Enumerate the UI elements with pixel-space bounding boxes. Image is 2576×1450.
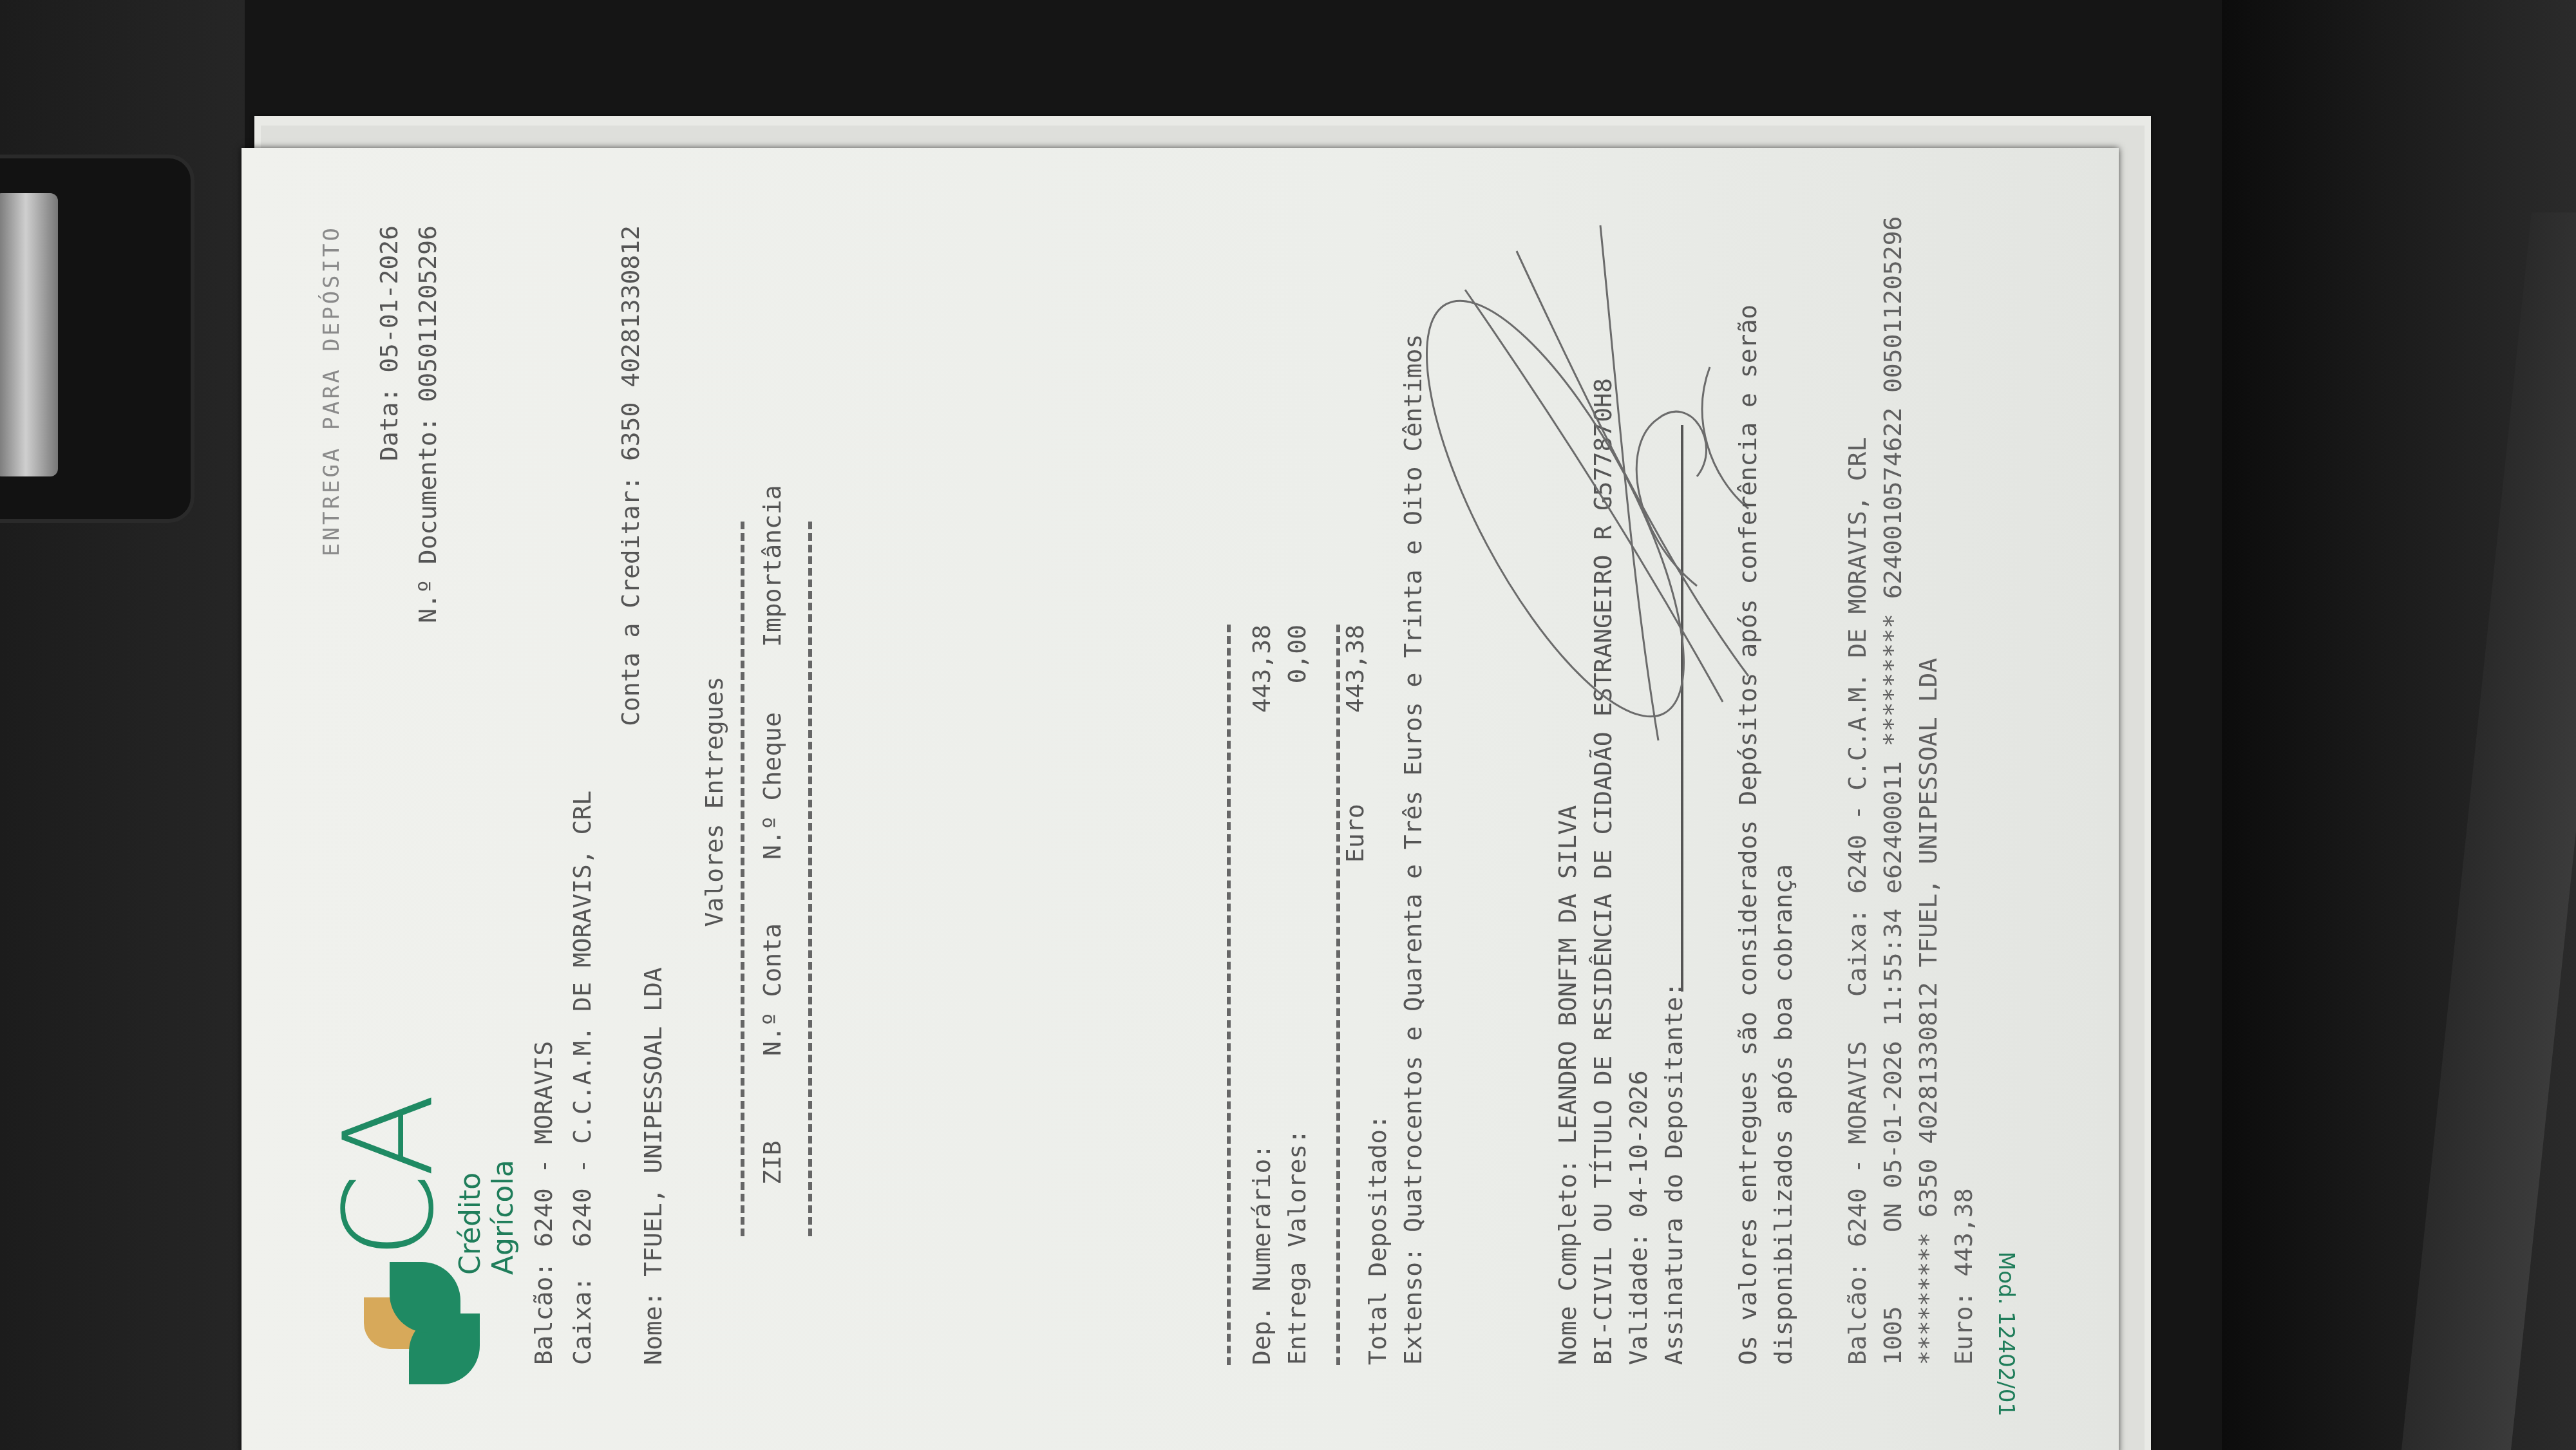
- logo-ca-text: CA: [319, 1097, 460, 1259]
- logo-brand-name: Crédito Agrícola: [454, 1088, 520, 1275]
- document-number: N.º Documento: 005011205296: [409, 225, 446, 623]
- document-date: Data: 05-01-2026: [370, 225, 408, 461]
- transaction-footer-line-3: ********* 6350 40281330812 TFUEL, UNIPES…: [1909, 658, 1947, 1365]
- account-to-credit: Conta a Creditar: 6350 40281330812: [612, 225, 649, 726]
- column-header-account: N.º Conta: [753, 923, 791, 1056]
- handwritten-signature: [1388, 200, 1774, 779]
- transaction-footer-line-4: Euro: 443,38: [1945, 1188, 1982, 1365]
- cashier-line: Caixa: 6240 - C.C.A.M. DE MORAVIS, CRL: [563, 791, 601, 1365]
- cash-deposit-value: 443,38: [1243, 625, 1280, 740]
- valores-entregues-title: Valores Entregues: [696, 148, 733, 1450]
- credito-agricola-logo: CA Crédito Agrícola: [319, 1088, 512, 1410]
- account-holder-name: Nome: TFUEL, UNIPESSOAL LDA: [634, 967, 672, 1365]
- buckle-metal-plate: [0, 193, 58, 476]
- disclaimer-line-1: Os valores entregues são considerados De…: [1729, 305, 1766, 1365]
- column-header-amount: Importância: [753, 485, 791, 647]
- depositor-id-validity: Validade: 04-10-2026: [1620, 1070, 1657, 1365]
- depositor-full-name: Nome Completo: LEANDRO BONFIM DA SILVA: [1549, 805, 1586, 1365]
- total-deposited-label: Total Depositado:: [1359, 1115, 1396, 1365]
- currency-label: Euro: [1336, 804, 1374, 863]
- values-delivered-label: Entrega Valores:: [1278, 1129, 1316, 1365]
- deposit-receipt: CA Crédito Agrícola ENTREGA PARA DEPÓSIT…: [241, 148, 2119, 1450]
- document-title: ENTREGA PARA DEPÓSITO: [319, 225, 345, 556]
- dashed-divider: [741, 522, 744, 1236]
- depositor-signature-label: Assinatura do Depositante:: [1655, 982, 1692, 1365]
- column-header-zib: ZIB: [753, 1140, 791, 1185]
- dashed-divider: [1227, 625, 1231, 1365]
- dashed-divider: [808, 522, 812, 1236]
- cash-deposit-label: Dep. Numerário:: [1243, 1144, 1280, 1365]
- column-header-cheque: N.º Cheque: [753, 712, 791, 860]
- transaction-footer-line-2: 1005 ON 05-01-2026 11:55:34 e62400011 **…: [1874, 216, 1911, 1365]
- branch-line: Balcão: 6240 - MORAVIS: [525, 1041, 562, 1365]
- total-deposited-value: 443,38: [1336, 625, 1374, 740]
- form-model-number: Mod. 12402/01: [1993, 1252, 2019, 1417]
- disclaimer-line-2: disponibilizados após boa cobrança: [1765, 864, 1802, 1365]
- values-delivered-value: 0,00: [1278, 625, 1316, 740]
- logo-green-leaf-icon: [390, 1262, 460, 1333]
- transaction-footer-line-1: Balcão: 6240 - MORAVIS Caixa: 6240 - C.C…: [1839, 437, 1876, 1365]
